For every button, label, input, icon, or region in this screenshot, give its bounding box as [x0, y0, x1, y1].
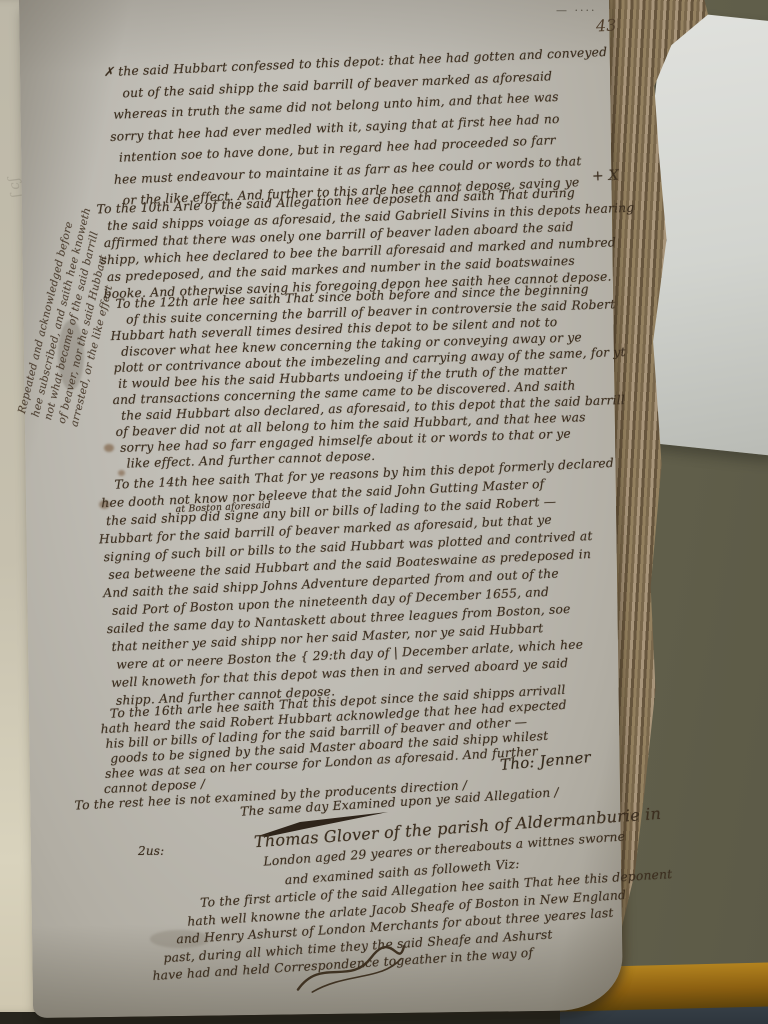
margin-mark-2us: 2us:: [138, 844, 164, 858]
deposition-paragraph-12th: To the 12th arle hee saith That since bo…: [109, 280, 629, 472]
deposition-paragraph-14th: at Boston aforesaid To the 14th hee sait…: [100, 454, 624, 710]
photo-canvas: { "palette": { "background_olive": "#676…: [0, 0, 768, 1024]
page-top-dots: — ····: [556, 4, 596, 17]
ink-stain: [104, 444, 114, 452]
page-number: 43: [596, 15, 617, 35]
